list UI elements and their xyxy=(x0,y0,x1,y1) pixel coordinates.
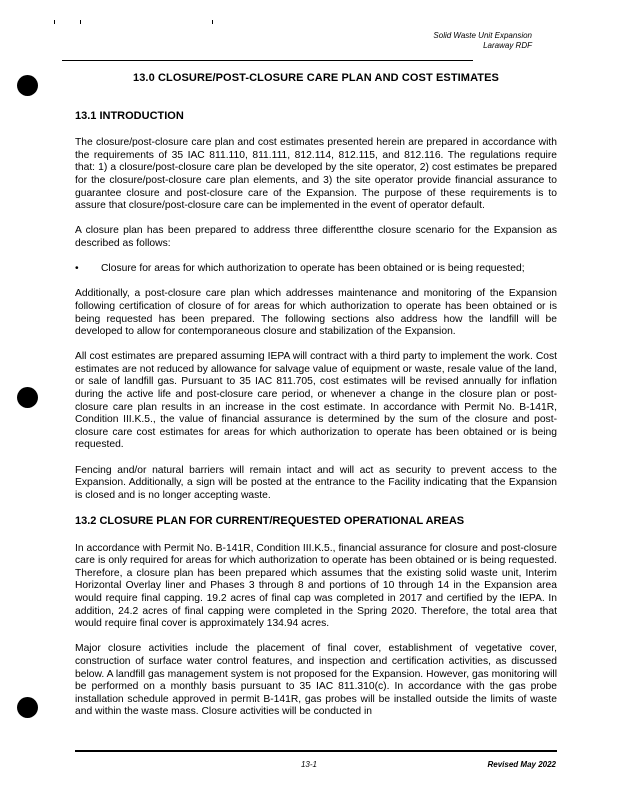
section-heading-13-2: 13.2 CLOSURE PLAN FOR CURRENT/REQUESTED … xyxy=(75,515,557,528)
section-heading-13-1: 13.1 INTRODUCTION xyxy=(75,110,557,123)
paragraph: Fencing and/or natural barriers will rem… xyxy=(75,465,557,503)
paragraph: The closure/post-closure care plan and c… xyxy=(75,137,557,213)
scan-mark xyxy=(212,20,213,24)
scan-mark xyxy=(80,20,81,24)
paragraph: Major closure activities include the pla… xyxy=(75,643,557,719)
header-rule xyxy=(62,60,473,61)
punch-hole-middle xyxy=(17,387,38,408)
paragraph: In accordance with Permit No. B-141R, Co… xyxy=(75,543,557,631)
header-project: Solid Waste Unit Expansion xyxy=(433,31,532,41)
paragraph: A closure plan has been prepared to addr… xyxy=(75,225,557,250)
punch-hole-bottom xyxy=(17,697,38,718)
paragraph: All cost estimates are prepared assuming… xyxy=(75,351,557,452)
scan-mark xyxy=(54,20,55,24)
header-site: Laraway RDF xyxy=(433,41,532,51)
bullet-item: • Closure for areas for which authorizat… xyxy=(75,263,557,276)
footer-rule xyxy=(75,750,557,752)
document-body: 13.0 CLOSURE/POST-CLOSURE CARE PLAN AND … xyxy=(75,72,557,732)
bullet-icon: • xyxy=(75,263,101,276)
punch-hole-top xyxy=(17,75,38,96)
chapter-title: 13.0 CLOSURE/POST-CLOSURE CARE PLAN AND … xyxy=(75,72,557,85)
paragraph: Additionally, a post-closure care plan w… xyxy=(75,288,557,338)
bullet-text: Closure for areas for which authorizatio… xyxy=(101,263,525,276)
running-header: Solid Waste Unit Expansion Laraway RDF xyxy=(433,31,532,51)
revision-date: Revised May 2022 xyxy=(488,760,557,769)
